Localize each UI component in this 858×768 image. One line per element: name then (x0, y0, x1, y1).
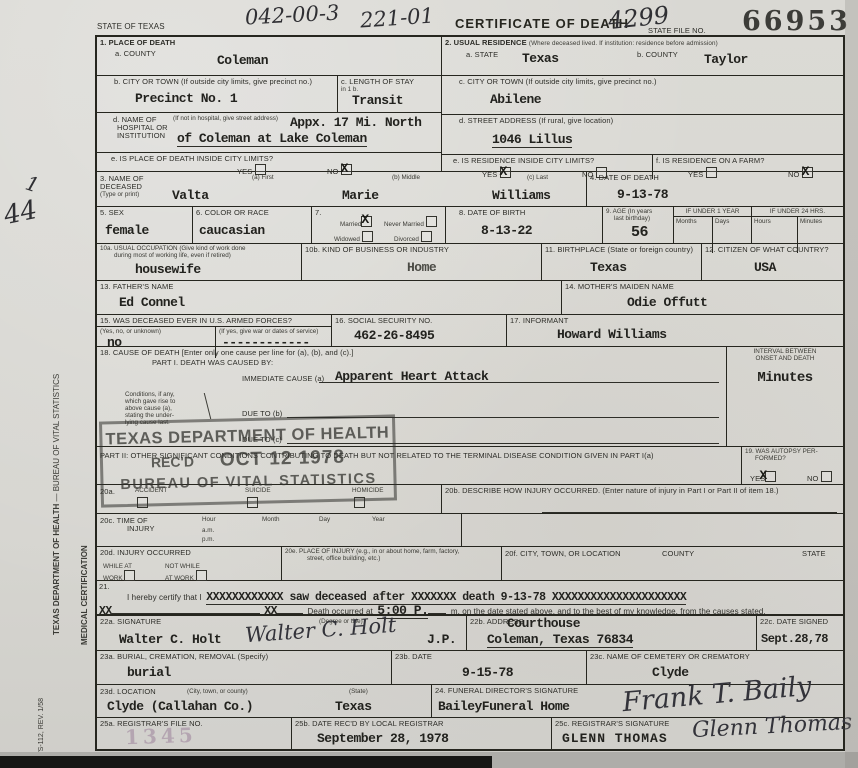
county-label: a. COUNTY (115, 49, 156, 58)
sex-value: female (105, 223, 149, 238)
section-place-of-injury: 20e. PLACE OF INJURY (e.g., in or about … (282, 547, 502, 580)
widowed-checkbox (362, 231, 373, 242)
section-birthplace: 11. BIRTHPLACE (State or foreign country… (542, 244, 702, 280)
section-injury-blank (462, 514, 843, 546)
age-label-2: last birthday) (614, 215, 670, 222)
section-color-or-race: 6. COLOR OR RACE caucasian (193, 207, 312, 243)
stamp-date: OCT 12 1978 (220, 447, 346, 472)
place-of-injury-label-1: 20e. PLACE OF INJURY (e.g., in or about … (285, 548, 498, 555)
row-registrar: 25a. REGISTRAR'S FILE NO. 1345 25b. DATE… (97, 718, 843, 751)
marital-married: MarriedX (340, 216, 372, 228)
autopsy-label-1: 19. WAS AUTOPSY PER- (745, 448, 840, 455)
autopsy-yes: YESX (750, 471, 776, 483)
date-of-death-label: 4. DATE OF DEATH (590, 173, 840, 182)
marital-never-married: Never Married (384, 216, 437, 228)
ssn-label: 16. SOCIAL SECURITY NO. (335, 316, 503, 325)
funeral-home-typed: BaileyFuneral Home (438, 699, 569, 714)
residence-state-value: Texas (522, 51, 559, 66)
section-sex: 5. SEX female (97, 207, 193, 243)
certificate-title: CERTIFICATE OF DEATH (455, 16, 629, 31)
describe-injury-label: 20b. DESCRIBE HOW INJURY OCCURRED. (Ente… (445, 486, 840, 495)
section-burial-type: 23a. BURIAL, CREMATION, REMOVAL (Specify… (97, 651, 392, 684)
street-address-label: d. STREET ADDRESS (If rural, give locati… (459, 116, 840, 125)
residence-farm-label: f. IS RESIDENCE ON A FARM? (656, 156, 840, 165)
section-date-of-death: 4. DATE OF DEATH 9-13-78 (587, 172, 843, 206)
while-at-work-option: WHILE AT WORK (103, 563, 135, 582)
informant-value: Howard Williams (557, 327, 667, 342)
section-informant: 17. INFORMANT Howard Williams (507, 315, 843, 346)
date-of-birth-label: 8. DATE OF BIRTH (459, 208, 599, 217)
state-of-texas-label: STATE OF TEXAS (97, 22, 165, 32)
street-address-value: 1046 Lillus (492, 132, 572, 148)
fathers-name-label: 13. FATHER'S NAME (100, 282, 558, 291)
section-interval: INTERVAL BETWEEN ONSET AND DEATH Minutes (727, 347, 843, 446)
part1-label: PART I. DEATH WAS CAUSED BY: (152, 358, 273, 367)
margin-department-text: TEXAS DEPARTMENT OF HEALTH — BUREAU OF V… (52, 180, 61, 635)
hour-label: Hour (202, 516, 216, 523)
not-while-at-work-option: NOT WHILE AT WORK (165, 563, 207, 582)
citizen-label: 12. CITIZEN OF WHAT COUNTRY? (705, 245, 840, 254)
informant-label: 17. INFORMANT (510, 316, 840, 325)
residence-state-label: a. STATE (466, 50, 498, 59)
interval-value: Minutes (730, 370, 840, 386)
middle-name-label: (b) Middle (392, 174, 420, 181)
date-of-death-value: 9-13-78 (617, 187, 668, 202)
handwritten-district-code-2: 221-01 (359, 3, 434, 32)
margin-bureau-name: — BUREAU OF VITAL STATISTICS (52, 374, 61, 504)
burial-date-label: 23b. DATE (395, 652, 583, 661)
residence-county-value: Taylor (704, 52, 748, 67)
row-place-and-residence: 1. PLACE OF DEATH a. COUNTY Coleman b. C… (97, 37, 843, 172)
length-of-stay-label: c. LENGTH OF STAY (341, 77, 438, 86)
certify-post-text: m. on the date stated above, and to the … (451, 607, 766, 616)
usual-residence-paren: (Where deceased lived. If institution: r… (529, 40, 718, 47)
year-label: Year (372, 516, 385, 523)
section-if-under-1-year: IF UNDER 1 YEAR Months Days (674, 207, 752, 243)
last-name-label: (c) Last (527, 174, 548, 181)
time-of-injury-label-2: INJURY (127, 524, 155, 533)
margin-form-number: VS-112, REV. 1/58 (38, 648, 45, 756)
hospital-paren: (If not in hospital, give street address… (173, 115, 278, 122)
mothers-name-value: Odie Offutt (627, 295, 707, 310)
autopsy-no-checkbox (821, 471, 832, 482)
cemetery-value: Clyde (652, 665, 689, 680)
usual-residence-title: 2. USUAL RESIDENCE (445, 38, 527, 47)
row-name-and-death-date: 3. NAME OF DECEASED (Type or print) (a) … (97, 172, 843, 207)
interval-label-2: ONSET AND DEATH (730, 355, 840, 362)
immediate-cause-value: Apparent Heart Attack (335, 369, 488, 384)
injury-state-label: STATE (802, 549, 826, 558)
location-value-1: Clyde (Callahan Co.) (107, 699, 253, 714)
location-label: 23d. LOCATION (100, 687, 156, 696)
cause-of-death-label: 18. CAUSE OF DEATH [Enter only one cause… (100, 348, 723, 357)
married-checkbox: X (361, 216, 372, 227)
city-or-town-value: Precinct No. 1 (135, 91, 237, 106)
birthplace-value: Texas (590, 260, 627, 275)
section-registrar-signature: 25c. REGISTRAR'S SIGNATURE GLENN THOMAS … (552, 718, 843, 751)
signature-typed-name: Walter C. Holt (119, 632, 221, 647)
color-race-label: 6. COLOR OR RACE (196, 208, 308, 217)
section-place-of-death: 1. PLACE OF DEATH a. COUNTY Coleman b. C… (97, 37, 442, 171)
place-of-death-title: 1. PLACE OF DEATH (100, 38, 438, 47)
immediate-cause-line: Apparent Heart Attack (319, 367, 719, 383)
section-kind-of-business: 10b. KIND OF BUSINESS OR INDUSTRY Home (302, 244, 542, 280)
immediate-cause-label: IMMEDIATE CAUSE (a) (242, 374, 324, 383)
first-name-value: Valta (172, 188, 209, 203)
date-signed-label: 22c. DATE SIGNED (760, 617, 840, 626)
business-label: 10b. KIND OF BUSINESS OR INDUSTRY (305, 245, 538, 254)
autopsy-yes-checkbox: X (765, 471, 776, 482)
burial-label: 23a. BURIAL, CREMATION, REMOVAL (Specify… (100, 652, 388, 661)
autopsy-label-2: FORMED? (755, 455, 840, 462)
burial-value: burial (127, 665, 171, 680)
burial-date-value: 9-15-78 (462, 665, 513, 680)
birthplace-label: 11. BIRTHPLACE (State or foreign country… (545, 245, 698, 254)
section-date-of-birth: 8. DATE OF BIRTH 8-13-22 (446, 207, 603, 243)
month-label: Month (262, 516, 280, 523)
fathers-name-value: Ed Connel (119, 295, 185, 310)
date-received-value: September 28, 1978 (317, 731, 448, 746)
section-usual-residence: 2. USUAL RESIDENCE (Where deceased lived… (442, 37, 843, 171)
death-inside-city-limits-label: e. IS PLACE OF DEATH INSIDE CITY LIMITS? (111, 154, 273, 163)
injury-occurred-label: 20d. INJURY OCCURRED (100, 548, 278, 557)
row-certification: 21. I hereby certify that I XXXXXXXXXXXX… (97, 581, 843, 616)
residence-city-limits-label: e. IS RESIDENCE INSIDE CITY LIMITS? (453, 156, 649, 165)
length-of-stay-value: Transit (352, 93, 403, 108)
middle-name-value: Marie (342, 188, 379, 203)
last-name-value: Williams (492, 188, 550, 203)
location-value-2: Texas (335, 699, 372, 714)
marital-divorced: Divorced (394, 231, 432, 243)
interval-label-1: INTERVAL BETWEEN (730, 348, 840, 355)
divorced-checkbox (421, 231, 432, 242)
registrar-typed-name: GLENN THOMAS (562, 731, 668, 746)
section-autopsy: 19. WAS AUTOPSY PER- FORMED? YESX NO (742, 447, 843, 484)
section-social-security: 16. SOCIAL SECURITY NO. 462-26-8495 (332, 315, 507, 346)
row-location-funeral: 23d. LOCATION (City, town, or county) (S… (97, 685, 843, 718)
state-file-no-label: STATE FILE NO. (648, 26, 706, 35)
first-name-label: (a) First (252, 174, 274, 181)
section-burial-date: 23b. DATE 9-15-78 (392, 651, 587, 684)
row-time-of-injury: 20c. TIME OF INJURY Hour a.m. p.m. Month… (97, 514, 843, 547)
bottom-dark-strip (0, 756, 492, 768)
certify-blank-line-3 (428, 603, 446, 614)
row-injury-place: 20d. INJURY OCCURRED WHILE AT WORK NOT W… (97, 547, 843, 581)
hospital-value-line2: of Coleman at Lake Coleman (177, 131, 367, 147)
age-label-1: 9. AGE (In years (606, 208, 670, 215)
margin-handwritten-tick: 1 (23, 171, 43, 198)
section-certification: 21. I hereby certify that I XXXXXXXXXXXX… (97, 581, 843, 614)
while-at-work-checkbox (124, 570, 135, 581)
section-name-of-deceased: 3. NAME OF DECEASED (Type or print) (a) … (97, 172, 587, 206)
place-of-injury-label-2: street, office building, etc.) (307, 555, 498, 562)
section-armed-forces: 15. WAS DECEASED EVER IN U.S. ARMED FORC… (97, 315, 332, 346)
margin-dept-name: TEXAS DEPARTMENT OF HEALTH (52, 504, 61, 635)
residence-city-label: c. CITY OR TOWN (If outside city limits,… (459, 77, 840, 86)
item21-number: 21. (99, 582, 110, 591)
hospital-label-3: INSTITUTION (117, 131, 165, 140)
certificate-form: 1. PLACE OF DEATH a. COUNTY Coleman b. C… (95, 35, 845, 751)
section-describe-injury: 20b. DESCRIBE HOW INJURY OCCURRED. (Ente… (442, 485, 843, 513)
row-occupation: 10a. USUAL OCCUPATION (Give kind of work… (97, 244, 843, 281)
section-date-signed: 22c. DATE SIGNED Sept.28,78 (757, 616, 843, 650)
marital-widowed: Widowed (334, 231, 373, 243)
conditions-bracket (194, 393, 211, 419)
county-value: Coleman (217, 53, 268, 68)
row-demographics: 5. SEX female 6. COLOR OR RACE caucasian… (97, 207, 843, 244)
sex-label: 5. SEX (100, 208, 189, 217)
under-1-year-label: IF UNDER 1 YEAR (674, 207, 751, 217)
residence-county-label: b. COUNTY (637, 50, 678, 59)
section-injury-location: 20f. CITY, TOWN, OR LOCATION COUNTY STAT… (502, 547, 843, 580)
residence-city-value: Abilene (490, 92, 541, 107)
injury-city-label: 20f. CITY, TOWN, OR LOCATION (505, 549, 621, 558)
section-fathers-name: 13. FATHER'S NAME Ed Connel (97, 281, 562, 314)
location-sub1: (City, town, or county) (187, 688, 248, 695)
certify-blank-line-1 (112, 603, 260, 614)
row-physician-signature: 22a. SIGNATURE (Degree or title) Walter … (97, 616, 843, 651)
date-received-label: 25b. DATE REC'D BY LOCAL REGISTRAR (295, 719, 548, 728)
state-file-number: 66953 (742, 6, 851, 37)
injury-county-label: COUNTY (662, 549, 694, 558)
margin-medical-certification-text: MEDICAL CERTIFICATION (80, 415, 89, 645)
section-injury-occurred: 20d. INJURY OCCURRED WHILE AT WORK NOT W… (97, 547, 282, 580)
address-value-2: Coleman, Texas 76834 (487, 632, 633, 648)
section-mothers-maiden-name: 14. MOTHER'S MAIDEN NAME Odie Offutt (562, 281, 843, 314)
stamp-line-3: BUREAU OF VITAL STATISTICS (103, 470, 393, 493)
stamp-line-2: REC'D OCT 12 1978 (103, 445, 393, 474)
under-24-hrs-label: IF UNDER 24 HRS. (752, 207, 843, 217)
pm-label: p.m. (202, 536, 214, 543)
section-signature: 22a. SIGNATURE (Degree or title) Walter … (97, 616, 467, 650)
section-burial-location: 23d. LOCATION (City, town, or county) (S… (97, 685, 432, 717)
section-address: 22b. ADDRESS Courthouse Coleman, Texas 7… (467, 616, 757, 650)
autopsy-no: NO (807, 471, 832, 483)
cemetery-label: 23c. NAME OF CEMETERY OR CREMATORY (590, 652, 840, 661)
occupation-label-1: 10a. USUAL OCCUPATION (Give kind of work… (100, 245, 298, 252)
section-if-under-24-hrs: IF UNDER 24 HRS. Hours Minutes (752, 207, 843, 243)
occupation-label-2: during most of working life, even if ret… (114, 252, 298, 259)
signature-title-suffix: J.P. (427, 632, 456, 647)
received-stamp: TEXAS DEPARTMENT OF HEALTH REC'D OCT 12 … (99, 414, 397, 507)
armed-forces-label: 15. WAS DECEASED EVER IN U.S. ARMED FORC… (97, 315, 331, 327)
handwritten-district-code: 042-00-3 (244, 1, 339, 30)
describe-injury-line (542, 512, 837, 513)
margin-handwritten-44: 44 (1, 195, 40, 231)
section-usual-occupation: 10a. USUAL OCCUPATION (Give kind of work… (97, 244, 302, 280)
date-signed-value: Sept.28,78 (761, 632, 828, 646)
business-value: Home (407, 260, 436, 275)
ssn-value: 462-26-8495 (354, 328, 434, 343)
name-label-3: (Type or print) (100, 191, 139, 198)
day-label: Day (319, 516, 330, 523)
never-married-checkbox (426, 216, 437, 227)
location-sub2: (State) (349, 688, 368, 695)
citizen-value: USA (754, 260, 776, 275)
age-value: 56 (631, 224, 648, 241)
name-label-2: DECEASED (100, 182, 142, 191)
date-of-birth-value: 8-13-22 (481, 223, 532, 238)
registrar-file-no-stamp: 1345 (125, 723, 197, 749)
section-marital-status: 7. MarriedX Never Married Widowed Divorc… (312, 207, 446, 243)
city-or-town-label: b. CITY OR TOWN (If outside city limits,… (114, 77, 334, 86)
mothers-name-label: 14. MOTHER'S MAIDEN NAME (565, 282, 840, 291)
certificate-sheet: STATE OF TEXAS 042-00-3 221-01 CERTIFICA… (0, 0, 858, 768)
section-registrar-file-no: 25a. REGISTRAR'S FILE NO. 1345 (97, 718, 292, 751)
color-race-value: caucasian (199, 223, 265, 238)
certify-blank-line-2 (277, 603, 303, 614)
section-time-of-injury: 20c. TIME OF INJURY Hour a.m. p.m. Month… (97, 514, 462, 546)
section-citizen: 12. CITIZEN OF WHAT COUNTRY? USA (702, 244, 843, 280)
address-value-1: Courthouse (507, 616, 580, 631)
row-parents: 13. FATHER'S NAME Ed Connel 14. MOTHER'S… (97, 281, 843, 315)
occupation-value: housewife (135, 262, 201, 277)
am-label: a.m. (202, 527, 214, 534)
right-edge-shadow (845, 0, 858, 768)
stamp-recd-label: REC'D (151, 453, 194, 470)
not-while-at-work-checkbox (196, 570, 207, 581)
section-funeral-director: 24. FUNERAL DIRECTOR'S SIGNATURE BaileyF… (432, 685, 843, 717)
hospital-value-line1: Appx. 17 Mi. North (290, 115, 421, 130)
section-age: 9. AGE (In years last birthday) 56 (603, 207, 674, 243)
row-armed-forces-ssn: 15. WAS DECEASED EVER IN U.S. ARMED FORC… (97, 315, 843, 347)
section-date-received: 25b. DATE REC'D BY LOCAL REGISTRAR Septe… (292, 718, 552, 751)
